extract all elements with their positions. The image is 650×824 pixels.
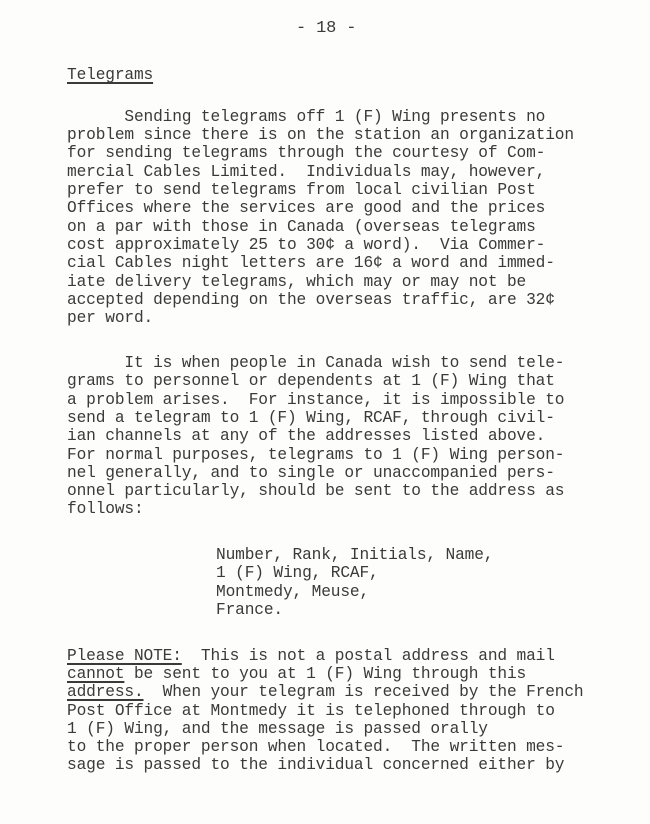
- text-line: 1 (F) Wing, and the message is passed or…: [67, 720, 488, 738]
- emphasis-cannot: cannot: [67, 665, 124, 683]
- text-line: nel generally, and to single or unaccomp…: [67, 464, 555, 482]
- text-line: on a par with those in Canada (overseas …: [67, 218, 536, 236]
- address-line: Montmedy, Meuse,: [216, 583, 369, 601]
- text-line: onnel particularly, should be sent to th…: [67, 482, 564, 500]
- text-line: sage is passed to the individual concern…: [67, 756, 564, 774]
- text-line: to the proper person when located. The w…: [67, 738, 564, 756]
- text-line: iate delivery telegrams, which may or ma…: [67, 273, 526, 291]
- text-span: This is not a postal address and mail: [182, 647, 555, 665]
- text-line: accepted depending on the overseas traff…: [67, 291, 555, 309]
- text-line: a problem arises. For instance, it is im…: [67, 391, 564, 409]
- text-line: Sending telegrams off 1 (F) Wing present…: [67, 108, 545, 126]
- emphasis-address: address.: [67, 683, 144, 701]
- text-line: per word.: [67, 309, 153, 327]
- text-line: prefer to send telegrams from local civi…: [67, 181, 536, 199]
- page-number: - 18 -: [296, 20, 356, 38]
- text-line: cial Cables night letters are 16¢ a word…: [67, 254, 555, 272]
- text-span: be sent to you at 1 (F) Wing through thi…: [124, 665, 526, 683]
- text-line: address. When your telegram is received …: [67, 683, 583, 701]
- section-heading: Telegrams: [67, 66, 153, 84]
- text-span: When your telegram is received by the Fr…: [144, 683, 584, 701]
- text-line: for sending telegrams through the courte…: [67, 144, 545, 162]
- text-line: Offices where the services are good and …: [67, 199, 545, 217]
- text-line: Please NOTE: This is not a postal addres…: [67, 647, 555, 665]
- text-line: mercial Cables Limited. Individuals may,…: [67, 163, 545, 181]
- address-line: 1 (F) Wing, RCAF,: [216, 564, 379, 582]
- text-line: send a telegram to 1 (F) Wing, RCAF, thr…: [67, 409, 555, 427]
- text-line: ian channels at any of the addresses lis…: [67, 427, 545, 445]
- note-label: Please NOTE:: [67, 647, 182, 665]
- text-line: cost approximately 25 to 30¢ a word). Vi…: [67, 236, 545, 254]
- text-line: problem since there is on the station an…: [67, 126, 574, 144]
- text-line: cannot be sent to you at 1 (F) Wing thro…: [67, 665, 526, 683]
- address-line: Number, Rank, Initials, Name,: [216, 546, 493, 564]
- text-line: Post Office at Montmedy it is telephoned…: [67, 702, 555, 720]
- address-line: France.: [216, 601, 283, 619]
- text-line: grams to personnel or dependents at 1 (F…: [67, 372, 555, 390]
- text-line: It is when people in Canada wish to send…: [67, 354, 564, 372]
- document-page: - 18 - Telegrams Sending telegrams off 1…: [0, 0, 650, 824]
- text-line: follows:: [67, 500, 144, 518]
- text-line: For normal purposes, telegrams to 1 (F) …: [67, 446, 564, 464]
